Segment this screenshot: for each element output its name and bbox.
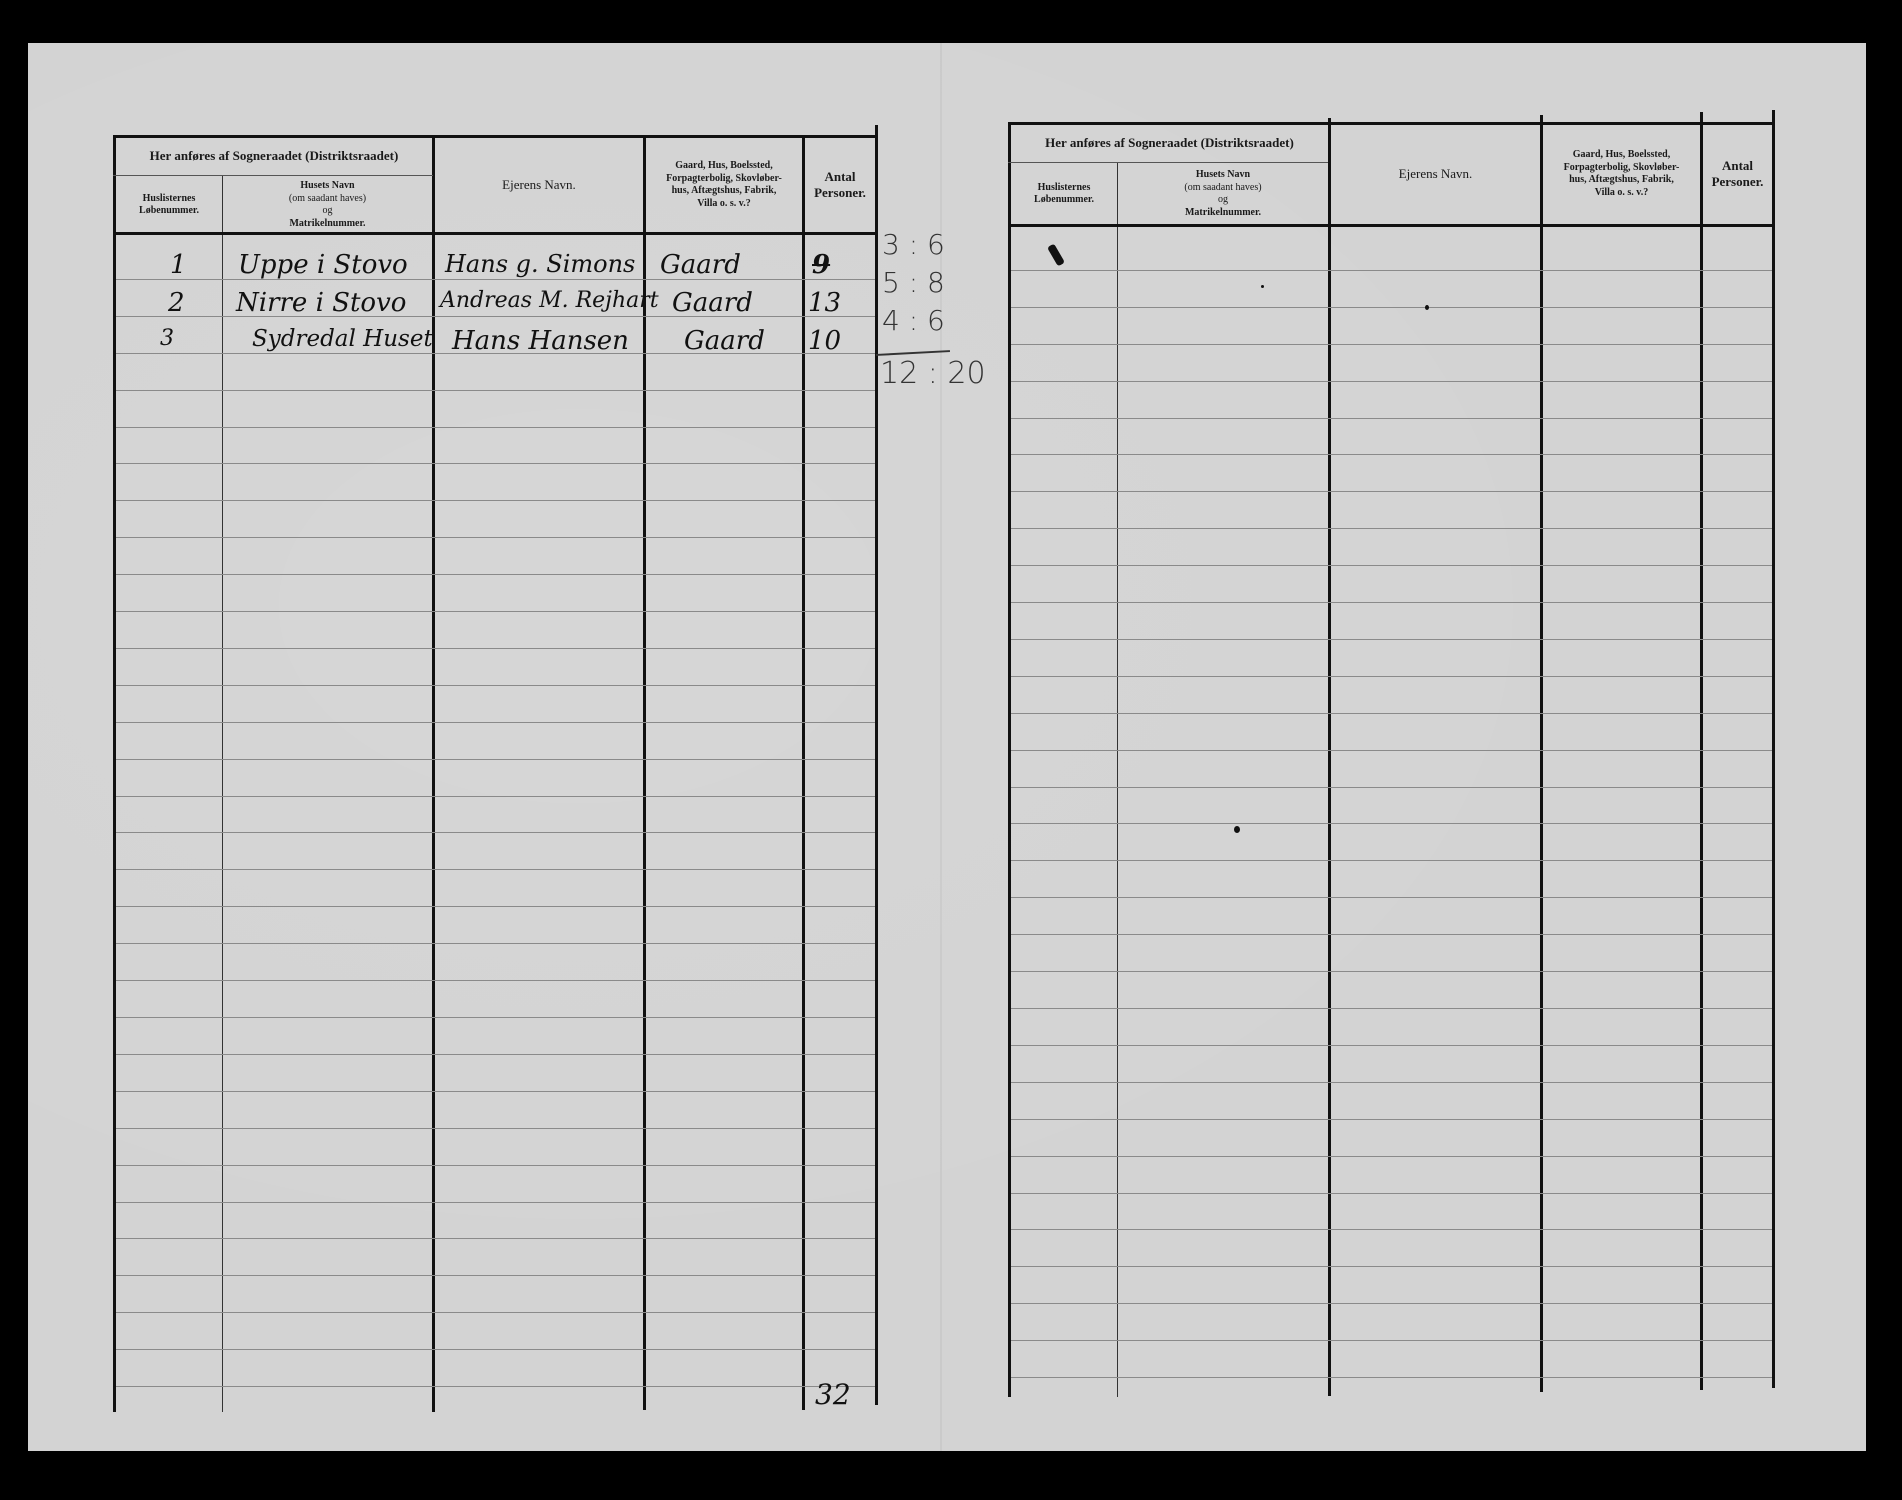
- ruled-line: [1011, 528, 1772, 529]
- row-1-number: 1: [170, 250, 187, 280]
- row-2-type: Gaard: [672, 288, 753, 318]
- ruled-line: [116, 611, 875, 612]
- ruled-line: [116, 1312, 875, 1313]
- header-antal-personer: Antal Personer.: [1703, 125, 1772, 223]
- ruled-line: [1011, 1008, 1772, 1009]
- column-border: [1772, 110, 1775, 1388]
- header-text: Forpagterbolig, Skovløber-: [666, 173, 782, 186]
- ruled-line: [116, 980, 875, 981]
- header-text: Antal: [1722, 158, 1753, 174]
- header-text: Villa o. s. v.?: [1595, 187, 1649, 200]
- ruled-line: [116, 1091, 875, 1092]
- tally-line-3: 4 : 6: [882, 304, 945, 337]
- ruled-line: [1011, 344, 1772, 345]
- ruled-line: [1011, 713, 1772, 714]
- header-type: Gaard, Hus, Boelssted, Forpagterbolig, S…: [1543, 125, 1700, 223]
- header-text: Gaard, Hus, Boelssted,: [1573, 149, 1671, 162]
- ruled-line: [116, 390, 875, 391]
- header-antal-personer: Antal Personer.: [805, 138, 875, 232]
- header-husets-navn: Husets Navn (om saadant haves) og Matrik…: [1118, 165, 1328, 223]
- column-border: [1117, 162, 1118, 1397]
- header-text: hus, Aftægtshus, Fabrik,: [1569, 174, 1674, 187]
- header-text: Personer.: [814, 185, 866, 201]
- ruled-line: [116, 648, 875, 649]
- ruled-line: [116, 796, 875, 797]
- row-1-house: Uppe i Stovo: [238, 250, 408, 280]
- group-header: Her anføres af Sogneraadet (Distriktsraa…: [116, 138, 432, 175]
- column-border: [802, 135, 805, 1410]
- row-3-owner: Hans Hansen: [452, 326, 629, 356]
- header-text: Matrikelnummer.: [289, 218, 365, 231]
- ruled-line: [1011, 971, 1772, 972]
- column-border: [875, 125, 878, 1405]
- header-ejerens-navn: Ejerens Navn.: [435, 138, 643, 232]
- ruled-line: [116, 1349, 875, 1350]
- header-ejerens-navn: Ejerens Navn.: [1331, 125, 1540, 223]
- row-3-number: 3: [160, 326, 174, 351]
- ink-speck: [1261, 285, 1264, 288]
- ruled-line: [1011, 565, 1772, 566]
- header-text: (om saadant haves): [1184, 182, 1261, 195]
- ruled-line: [1011, 1156, 1772, 1157]
- ruled-line: [116, 427, 875, 428]
- ruled-line: [116, 500, 875, 501]
- ruled-line: [116, 574, 875, 575]
- row-2-persons: 13: [808, 288, 841, 318]
- ruled-line: [1011, 418, 1772, 419]
- tally-line-1: 3 : 6: [882, 228, 945, 261]
- ruled-line: [1011, 454, 1772, 455]
- column-border: [1008, 122, 1011, 1397]
- ruled-line: [116, 1017, 875, 1018]
- ruled-line: [116, 1128, 875, 1129]
- header-husets-navn: Husets Navn (om saadant haves) og Matrik…: [223, 178, 432, 232]
- column-border: [1328, 118, 1331, 1396]
- ruled-line: [116, 1238, 875, 1239]
- ruled-line: [1011, 823, 1772, 824]
- row-1-owner: Hans g. Simons: [445, 250, 635, 278]
- column-border: [643, 135, 646, 1410]
- header-text: Husets Navn: [300, 180, 354, 193]
- row-3-house: Sydredal Huset: [252, 326, 433, 352]
- ruled-line: [1011, 1045, 1772, 1046]
- header-lobenummer: Huslisternes Løbenummer.: [1011, 165, 1117, 223]
- subheader-divider: [113, 175, 433, 176]
- header-lobenummer: Huslisternes Løbenummer.: [116, 178, 222, 232]
- ruled-line: [1011, 1303, 1772, 1304]
- header-text: Villa o. s. v.?: [697, 198, 751, 211]
- ruled-line: [1011, 787, 1772, 788]
- ruled-line: [116, 1386, 875, 1387]
- header-text: og: [323, 205, 333, 218]
- ruled-line: [116, 1202, 875, 1203]
- ruled-line: [116, 722, 875, 723]
- header-text: Løbenummer.: [139, 205, 199, 218]
- ruled-line: [116, 1165, 875, 1166]
- row-2-owner: Andreas M. Rejhart: [440, 288, 659, 313]
- ruled-line: [1011, 307, 1772, 308]
- ruled-line: [116, 1275, 875, 1276]
- row-1-persons: 9: [812, 250, 830, 280]
- header-text: Husets Navn: [1196, 169, 1250, 182]
- tally-line-2: 5 : 8: [882, 266, 945, 299]
- header-bottom-border: [113, 232, 878, 235]
- ruled-line: [116, 759, 875, 760]
- column-border: [113, 135, 116, 1412]
- ruled-line: [1011, 860, 1772, 861]
- ruled-line: [1011, 934, 1772, 935]
- row-3-type: Gaard: [684, 326, 765, 356]
- ruled-line: [116, 279, 875, 280]
- header-type: Gaard, Hus, Boelssted, Forpagterbolig, S…: [646, 138, 802, 232]
- ruled-line: [116, 537, 875, 538]
- row-3-persons: 10: [808, 326, 841, 356]
- group-header: Her anføres af Sogneraadet (Distriktsraa…: [1011, 125, 1328, 162]
- ruled-line: [116, 463, 875, 464]
- row-2-number: 2: [168, 288, 185, 318]
- ruled-line: [116, 906, 875, 907]
- ruled-line: [1011, 1082, 1772, 1083]
- ruled-line: [1011, 1340, 1772, 1341]
- ruled-line: [1011, 1229, 1772, 1230]
- ruled-line: [116, 1054, 875, 1055]
- ruled-line: [1011, 381, 1772, 382]
- ruled-line: [1011, 639, 1772, 640]
- ruled-line: [1011, 602, 1772, 603]
- ruled-line: [1011, 1119, 1772, 1120]
- ink-speck: [1425, 305, 1429, 310]
- ruled-line: [1011, 897, 1772, 898]
- header-text: Forpagterbolig, Skovløber-: [1564, 162, 1680, 175]
- ruled-line: [116, 685, 875, 686]
- header-text: Huslisternes: [1038, 182, 1091, 195]
- header-text: Huslisternes: [143, 193, 196, 206]
- header-text: (om saadant haves): [289, 193, 366, 206]
- header-text: Løbenummer.: [1034, 194, 1094, 207]
- header-bottom-border: [1008, 224, 1775, 227]
- ruled-line: [1011, 676, 1772, 677]
- page-number: 32: [815, 1378, 851, 1411]
- ruled-line: [1011, 750, 1772, 751]
- ink-speck: [1234, 826, 1240, 833]
- ruled-line: [1011, 1266, 1772, 1267]
- header-text: Gaard, Hus, Boelssted,: [675, 160, 773, 173]
- ruled-line: [116, 832, 875, 833]
- header-text: hus, Aftægtshus, Fabrik,: [672, 185, 777, 198]
- row-1-type: Gaard: [660, 250, 741, 280]
- header-text: Antal: [824, 169, 855, 185]
- ruled-line: [1011, 1193, 1772, 1194]
- subheader-divider: [1008, 162, 1328, 163]
- ruled-line: [116, 943, 875, 944]
- ruled-line: [1011, 1377, 1772, 1378]
- header-text: og: [1218, 194, 1228, 207]
- ruled-line: [116, 869, 875, 870]
- row-2-house: Nirre i Stovo: [236, 288, 406, 318]
- header-text: Personer.: [1712, 174, 1764, 190]
- ruled-line: [1011, 270, 1772, 271]
- column-border: [1700, 112, 1703, 1390]
- ruled-line: [116, 316, 875, 317]
- tally-total: 12 : 20: [880, 356, 986, 391]
- header-text: Matrikelnummer.: [1185, 207, 1261, 220]
- column-border: [222, 175, 223, 1412]
- ruled-line: [1011, 491, 1772, 492]
